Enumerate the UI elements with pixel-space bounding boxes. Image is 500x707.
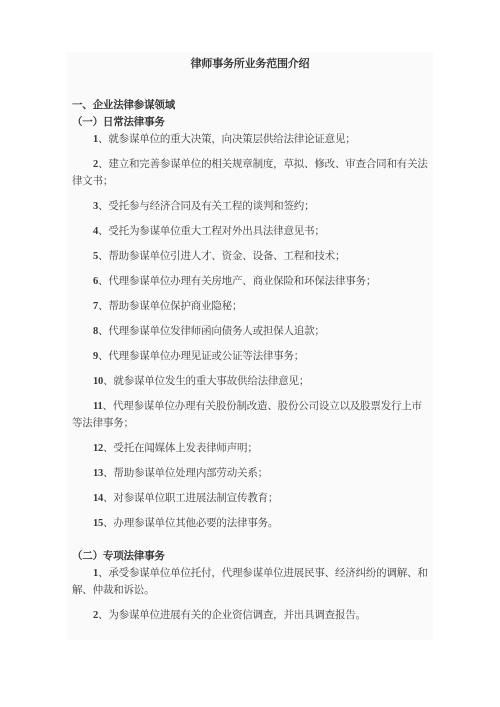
enum-separator: 、 [103,493,113,504]
section-heading: 一、企业法律参谋领域 [72,97,428,114]
legal-item: 3、受托参与经济合同及有关工程的谈判和签约； [72,198,428,215]
document-page: 律师事务所业务范围介绍 一、企业法律参谋领域 （一）日常法律事务 1、就参谋单位… [67,52,433,640]
enum-separator: 、 [98,568,108,579]
legal-item: 10、就参谋单位发生的重大事故供给法律意见； [72,373,428,390]
enum-separator: 、 [103,468,113,479]
subsection-heading-special: （二）专项法律事务 [72,548,428,565]
item-text: 代理参谋单位办理有关股份制改造、股份公司设立以及股票发行上市等法律事务； [72,401,422,429]
item-text: 承受参谋单位单位托付，代理参谋单位进展民事、经济纠纷的调解、和解、仲裁和诉讼。 [72,568,428,596]
enum-separator: 、 [98,201,108,212]
item-text: 帮助参谋单位保护商业隐秘； [108,301,242,312]
item-number: 11 [93,401,103,412]
enum-separator: 、 [98,134,108,145]
enum-separator: 、 [98,301,108,312]
item-number: 10 [93,376,103,387]
enum-separator: 、 [98,159,108,170]
item-text: 受托为参谋单位重大工程对外出具法律意见书； [108,226,324,237]
legal-item: 15、办理参谋单位其他必要的法律事务。 [72,515,428,532]
item-text: 就参谋单位的重大决策，向决策层供给法律论证意见； [108,134,355,145]
legal-item: 9、代理参谋单位办理见证或公证等法律事务； [72,348,428,365]
legal-item: 14、对参谋单位职工进展法制宣传教育； [72,490,428,507]
enum-separator: 、 [98,610,108,621]
document-title: 律师事务所业务范围介绍 [72,56,428,73]
item-number: 14 [93,493,103,504]
enum-separator: 、 [98,276,108,287]
item-text: 建立和完善参谋单位的相关规章制度，草拟、修改、审查合同和有关法律文书； [72,159,428,187]
legal-item: 2、建立和完善参谋单位的相关规章制度，草拟、修改、审查合同和有关法律文书； [72,156,428,190]
legal-item: 4、受托为参谋单位重大工程对外出具法律意见书； [72,223,428,240]
enum-separator: 、 [98,251,108,262]
legal-item: 2、为参谋单位进展有关的企业资信调查，并出具调查报告。 [72,607,428,624]
legal-item: 7、帮助参谋单位保护商业隐秘； [72,298,428,315]
enum-separator: 、 [98,326,108,337]
item-text: 受托在闻媒体上发表律师声明； [113,443,257,454]
item-text: 帮助参谋单位处理内部劳动关系； [113,468,268,479]
enum-separator: 、 [103,518,113,529]
legal-item: 1、承受参谋单位单位托付，代理参谋单位进展民事、经济纠纷的调解、和解、仲裁和诉讼… [72,565,428,599]
enum-separator: 、 [103,443,113,454]
legal-item: 1、就参谋单位的重大决策，向决策层供给法律论证意见； [72,131,428,148]
enum-separator: 、 [98,226,108,237]
legal-item: 12、受托在闻媒体上发表律师声明； [72,440,428,457]
item-text: 对参谋单位职工进展法制宣传教育； [113,493,278,504]
legal-item: 8、代理参谋单位发律师函向债务人或担保人追款； [72,323,428,340]
legal-item: 5、帮助参谋单位引进人才、资金、设备、工程和技术； [72,248,428,265]
item-number: 12 [93,443,103,454]
item-text: 办理参谋单位其他必要的法律事务。 [113,518,278,529]
item-number: 15 [93,518,103,529]
document-viewer: 律师事务所业务范围介绍 一、企业法律参谋领域 （一）日常法律事务 1、就参谋单位… [0,0,500,707]
item-number: 13 [93,468,103,479]
item-text: 就参谋单位发生的重大事故供给法律意见； [113,376,309,387]
legal-item: 6、代理参谋单位办理有关房地产、商业保险和环保法律事务； [72,273,428,290]
legal-item: 13、帮助参谋单位处理内部劳动关系； [72,465,428,482]
item-text: 代理参谋单位发律师函向债务人或担保人追款； [108,326,324,337]
subsection-heading-daily: （一）日常法律事务 [72,114,428,131]
item-text: 为参谋单位进展有关的企业资信调查，并出具调查报告。 [108,610,366,621]
item-text: 代理参谋单位办理有关房地产、商业保险和环保法律事务； [108,276,376,287]
item-text: 帮助参谋单位引进人才、资金、设备、工程和技术； [108,251,345,262]
enum-separator: 、 [103,401,113,412]
legal-item: 11、代理参谋单位办理有关股份制改造、股份公司设立以及股票发行上市等法律事务； [72,398,428,432]
item-text: 代理参谋单位办理见证或公证等法律事务； [108,351,304,362]
enum-separator: 、 [103,376,113,387]
item-text: 受托参与经济合同及有关工程的谈判和签约； [108,201,314,212]
enum-separator: 、 [98,351,108,362]
